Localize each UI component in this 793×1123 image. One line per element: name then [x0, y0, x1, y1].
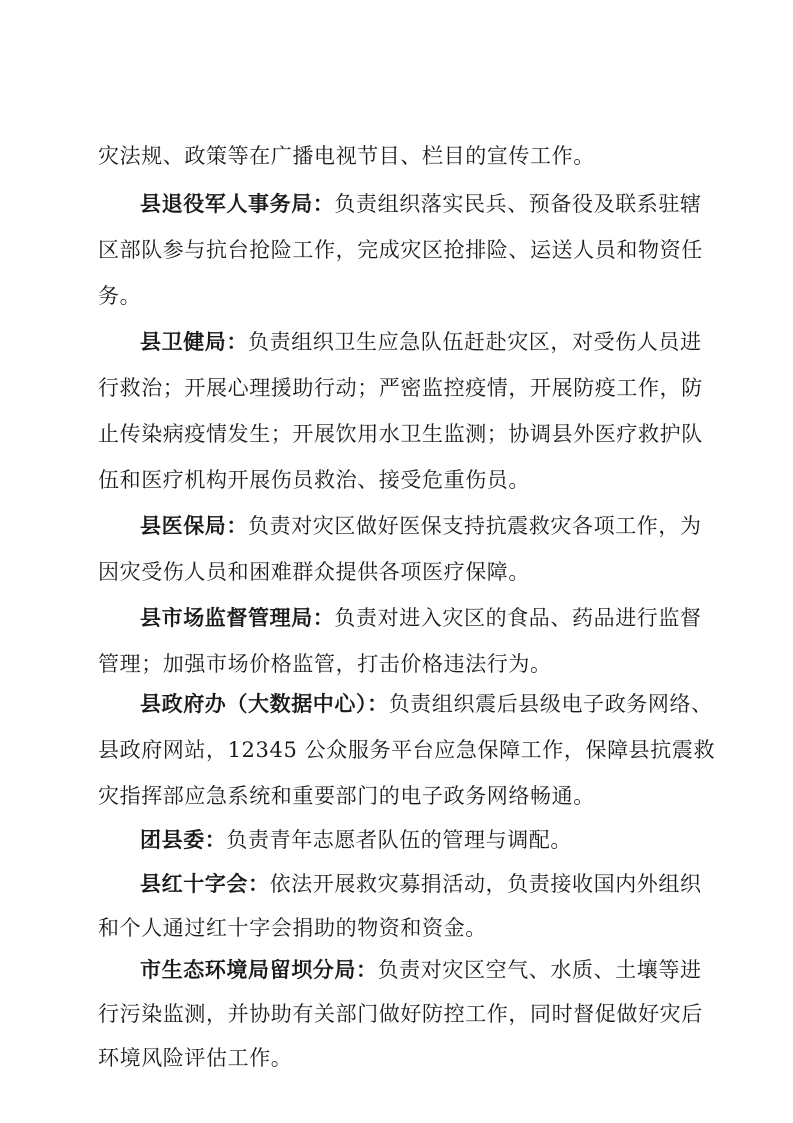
section-heading-line: 团县委：负责青年志愿者队伍的管理与调配。	[140, 826, 740, 854]
text-line: 和个人通过红十字会捐助的物资和资金。	[98, 914, 698, 942]
text-line: 务。	[98, 282, 698, 310]
text-line: 行污染监测，并协助有关部门做好防控工作，同时督促做好灾后	[98, 1000, 698, 1028]
text-line: 灾法规、政策等在广播电视节目、栏目的宣传工作。	[98, 142, 698, 170]
department-name: 县政府办（大数据中心）：	[140, 692, 389, 716]
section-heading-line: 县卫健局：负责组织卫生应急队伍赶赴灾区，对受伤人员进	[140, 328, 740, 356]
department-name: 县卫健局：	[140, 330, 248, 354]
department-name: 县医保局：	[140, 514, 248, 538]
department-name: 县红十字会：	[140, 872, 270, 896]
section-heading-line: 市生态环境局留坝分局：负责对灾区空气、水质、土壤等进	[140, 956, 740, 984]
text-line: 区部队参与抗台抢险工作，完成灾区抢排险、运送人员和物资任	[98, 236, 698, 264]
text-line: 行救治；开展心理援助行动；严密监控疫情，开展防疫工作，防	[98, 374, 698, 402]
text-line: 管理；加强市场价格监管，打击价格违法行为。	[98, 650, 698, 678]
section-heading-line: 县医保局：负责对灾区做好医保支持抗震救灾各项工作，为	[140, 512, 740, 540]
department-name: 市生态环境局留坝分局：	[140, 958, 378, 982]
section-heading-line: 县政府办（大数据中心）：负责组织震后县级电子政务网络、	[140, 690, 740, 718]
document-page: 灾法规、政策等在广播电视节目、栏目的宣传工作。 县退役军人事务局：负责组织落实民…	[0, 0, 793, 1123]
text-line: 灾指挥部应急系统和重要部门的电子政务网络畅通。	[98, 782, 698, 810]
section-heading-line: 县红十字会：依法开展救灾募捐活动，负责接收国内外组织	[140, 870, 740, 898]
text-line: 因灾受伤人员和困难群众提供各项医疗保障。	[98, 558, 698, 586]
text-line: 环境风险评估工作。	[98, 1044, 698, 1072]
department-name: 县退役军人事务局：	[140, 192, 334, 216]
section-heading-line: 县退役军人事务局：负责组织落实民兵、预备役及联系驻辖	[140, 190, 740, 218]
department-name: 团县委：	[140, 828, 226, 852]
text-line: 县政府网站，12345 公众服务平台应急保障工作，保障县抗震救	[98, 736, 698, 764]
text-line: 伍和医疗机构开展伤员救治、接受危重伤员。	[98, 466, 698, 494]
section-heading-line: 县市场监督管理局：负责对进入灾区的食品、药品进行监督	[140, 604, 740, 632]
text-line: 止传染病疫情发生；开展饮用水卫生监测；协调县外医疗救护队	[98, 420, 698, 448]
department-name: 县市场监督管理局：	[140, 606, 334, 630]
